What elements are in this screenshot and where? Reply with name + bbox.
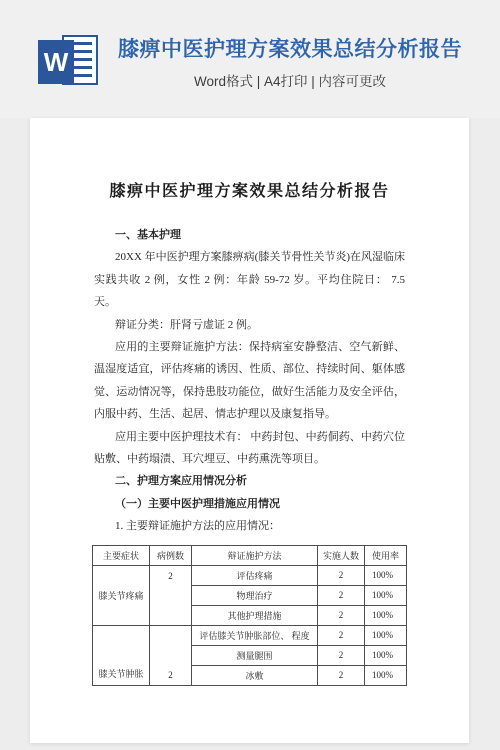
table-header-cell: 病例数 [150, 545, 192, 565]
case-count-cell: 2 [150, 625, 192, 685]
usage-rate-cell: 100% [365, 585, 407, 605]
method-cell: 测量腿围 [192, 645, 318, 665]
subheading-main-measures: （一）主要中医护理措施应用情况 [94, 493, 405, 515]
table-header-row: 主要症状病例数辩证施护方法实施人数使用率 [93, 545, 407, 565]
usage-rate-cell: 100% [365, 565, 407, 585]
document-title: 膝痹中医护理方案效果总结分析报告 [30, 178, 469, 201]
para-table-intro: 1. 主要辩证施护方法的应用情况： [94, 515, 405, 537]
heading-application-analysis: 二、护理方案应用情况分析 [94, 470, 405, 492]
method-cell: 物理治疗 [192, 585, 318, 605]
para-overview: 20XX 年中医护理方案膝痹病(膝关节骨性关节炎)在风湿临床实践共收 2 例，女… [94, 246, 405, 313]
case-count-cell: 2 [150, 565, 192, 625]
symptom-cell: 膝关节肿胀 [93, 625, 150, 685]
template-header: W 膝痹中医护理方案效果总结分析报告 Word格式 | A4打印 | 内容可更改 [0, 0, 500, 118]
implemented-count-cell: 2 [318, 665, 365, 685]
table-row: 膝关节疼痛2评估疼痛2100% [93, 565, 407, 585]
method-cell: 评估疼痛 [192, 565, 318, 585]
para-syndrome-type: 辩证分类：肝肾亏虚证 2 例。 [94, 314, 405, 336]
header-row: W 膝痹中医护理方案效果总结分析报告 Word格式 | A4打印 | 内容可更改 [38, 33, 462, 90]
document-body: 一、基本护理20XX 年中医护理方案膝痹病(膝关节骨性关节炎)在风湿临床实践共收… [94, 224, 405, 538]
care-methods-table-head: 主要症状病例数辩证施护方法实施人数使用率 [93, 545, 407, 565]
page-title: 膝痹中医护理方案效果总结分析报告 [118, 33, 462, 63]
table-row: 膝关节肿胀2评估膝关节肿胀部位、 程度2100% [93, 625, 407, 645]
implemented-count-cell: 2 [318, 625, 365, 645]
method-cell: 冰敷 [192, 665, 318, 685]
method-cell: 其他护理措施 [192, 605, 318, 625]
usage-rate-cell: 100% [365, 625, 407, 645]
implemented-count-cell: 2 [318, 585, 365, 605]
table-header-cell: 使用率 [365, 545, 407, 565]
usage-rate-cell: 100% [365, 645, 407, 665]
usage-rate-cell: 100% [365, 605, 407, 625]
word-icon: W [38, 34, 100, 89]
usage-rate-cell: 100% [365, 665, 407, 685]
table-header-cell: 辩证施护方法 [192, 545, 318, 565]
implemented-count-cell: 2 [318, 605, 365, 625]
table-header-cell: 主要症状 [93, 545, 150, 565]
implemented-count-cell: 2 [318, 565, 365, 585]
format-subtitle: Word格式 | A4打印 | 内容可更改 [194, 70, 386, 90]
method-cell: 评估膝关节肿胀部位、 程度 [192, 625, 318, 645]
symptom-cell: 膝关节疼痛 [93, 565, 150, 625]
implemented-count-cell: 2 [318, 645, 365, 665]
para-tcm-techniques: 应用主要中医护理技术有： 中药封包、中药侗药、中药穴位贴敷、中药塌渍、耳穴埋豆、… [94, 426, 405, 471]
care-methods-table: 主要症状病例数辩证施护方法实施人数使用率 膝关节疼痛2评估疼痛2100%物理治疗… [92, 545, 407, 686]
heading-basic-care: 一、基本护理 [94, 224, 405, 246]
table-header-cell: 实施人数 [318, 545, 365, 565]
para-care-methods: 应用的主要辩证施护方法：保持病室安静整洁、空气新鲜、温湿度适宜，评估疼痛的诱因、… [94, 336, 405, 426]
document-page-preview: 膝痹中医护理方案效果总结分析报告 一、基本护理20XX 年中医护理方案膝痹病(膝… [30, 118, 469, 743]
header-text-block: 膝痹中医护理方案效果总结分析报告 Word格式 | A4打印 | 内容可更改 [118, 33, 462, 90]
word-icon-letter: W [38, 40, 74, 84]
care-methods-table-body: 膝关节疼痛2评估疼痛2100%物理治疗2100%其他护理措施2100%膝关节肿胀… [93, 565, 407, 685]
